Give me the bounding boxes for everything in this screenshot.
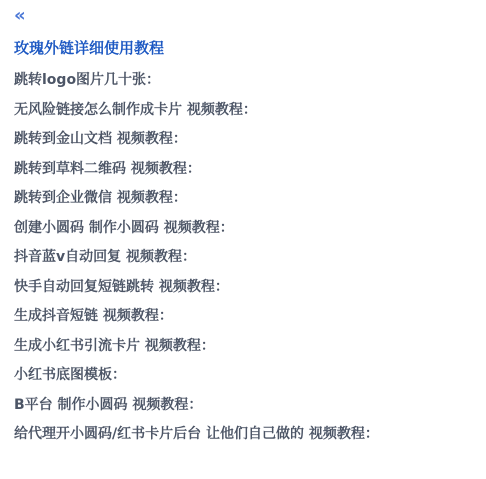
tutorial-item-xiaohongshu-card: 生成小红书引流卡片 视频教程： <box>14 339 472 354</box>
tutorial-item-xiaohongshu-bg: 小红书底图模板： <box>14 368 472 383</box>
tutorial-item-wecom: 跳转到企业微信 视频教程： <box>14 191 472 206</box>
tutorial-item-agent-backend: 给代理开小圆码/红书卡片后台 让他们自己做的 视频教程： <box>14 427 472 442</box>
tutorial-item-jinshan-doc: 跳转到金山文档 视频教程： <box>14 132 472 147</box>
collapse-sidebar-icon[interactable]: « <box>14 7 26 25</box>
tutorial-item-caoliao-qrcode: 跳转到草料二维码 视频教程： <box>14 162 472 177</box>
tutorial-item-small-circle-code: 创建小圆码 制作小圆码 视频教程： <box>14 221 472 236</box>
tutorial-list: 跳转logo图片几十张： 无风险链接怎么制作成卡片 视频教程： 跳转到金山文档 … <box>14 73 472 442</box>
tutorial-item-douyin-shortlink: 生成抖音短链 视频教程： <box>14 309 472 324</box>
page-title[interactable]: 玫瑰外链详细使用教程 <box>14 40 164 56</box>
tutorial-item-b-platform: B平台 制作小圆码 视频教程： <box>14 398 472 413</box>
tutorial-panel: « 玫瑰外链详细使用教程 跳转logo图片几十张： 无风险链接怎么制作成卡片 视… <box>0 0 486 479</box>
tutorial-item-risk-free-card: 无风险链接怎么制作成卡片 视频教程： <box>14 103 472 118</box>
tutorial-item-douyin-bluev-reply: 抖音蓝v自动回复 视频教程： <box>14 250 472 265</box>
tutorial-item-logo-images: 跳转logo图片几十张： <box>14 73 472 88</box>
tutorial-item-kuaishou-reply: 快手自动回复短链跳转 视频教程： <box>14 280 472 295</box>
